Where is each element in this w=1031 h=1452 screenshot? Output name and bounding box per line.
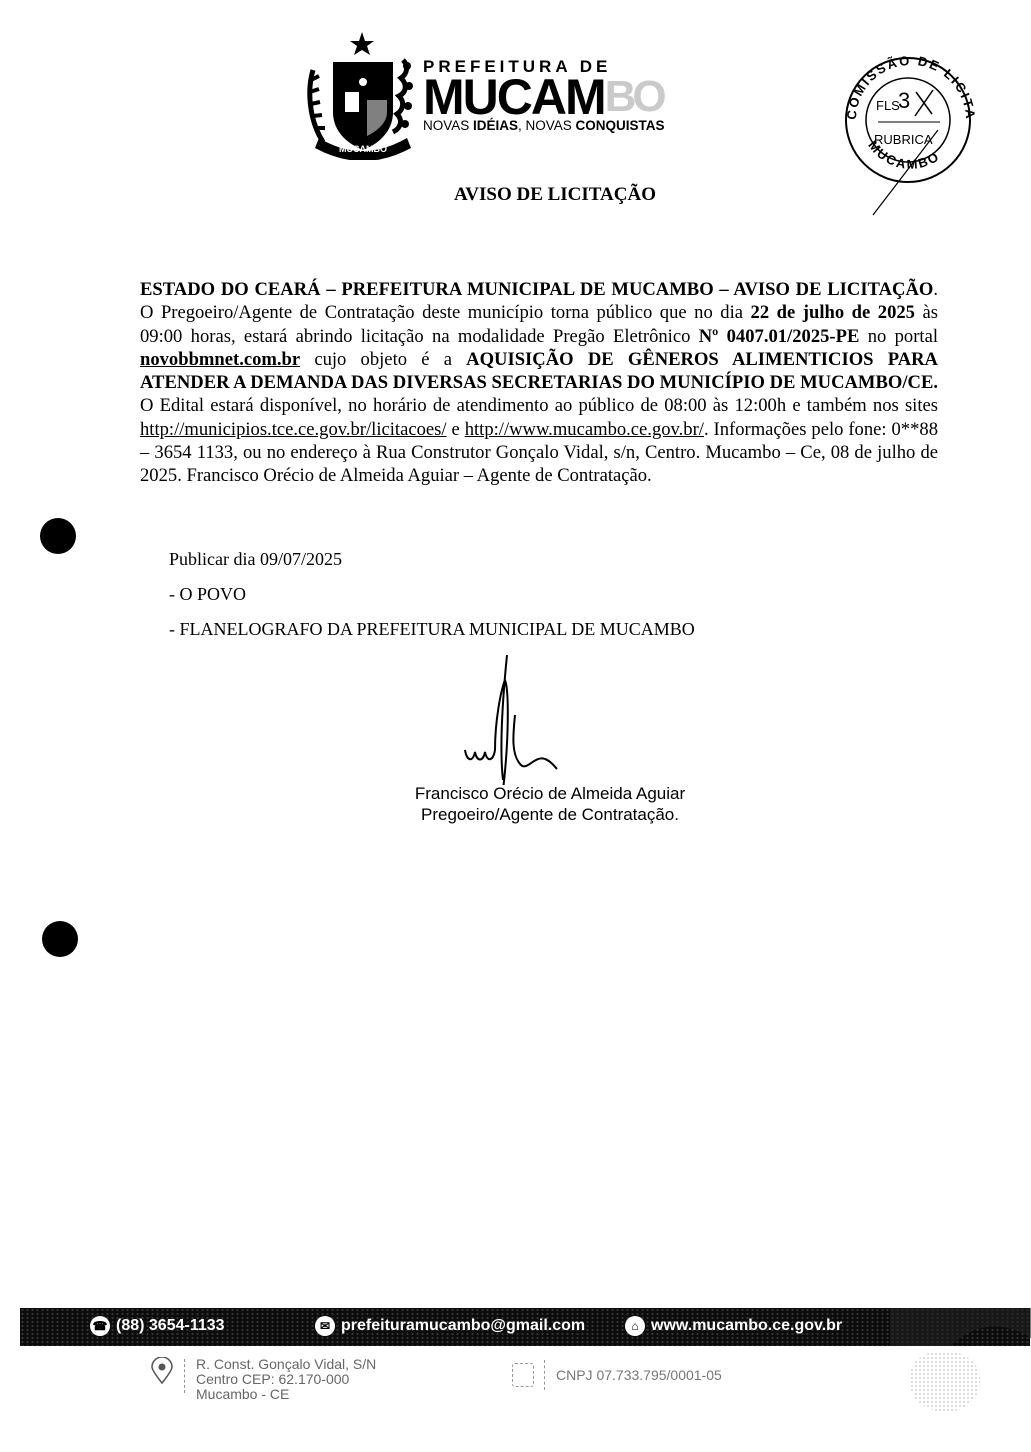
faded-seal-mark bbox=[910, 1352, 980, 1412]
portal-link[interactable]: novobbmnet.com.br bbox=[140, 349, 300, 370]
municipal-crest-icon: MUCAMBO bbox=[305, 30, 420, 160]
publication-date: Publicar dia 09/07/2025 bbox=[169, 542, 695, 577]
svg-text:FLS: FLS bbox=[876, 98, 900, 113]
signatory-role: Pregoeiro/Agente de Contratação. bbox=[350, 804, 750, 825]
publication-outlet: - FLANELOGRAFO DA PREFEITURA MUNICIPAL D… bbox=[169, 612, 695, 647]
logo-mucam: MUCAM bbox=[423, 76, 605, 118]
publication-list: Publicar dia 09/07/2025 - O POVO - FLANE… bbox=[169, 542, 695, 647]
footer-phone: ☎(88) 3654-1133 bbox=[90, 1316, 225, 1336]
notice-body: ESTADO DO CEARÁ – PREFEITURA MUNICIPAL D… bbox=[140, 278, 938, 488]
logo-bo: BO bbox=[605, 76, 663, 118]
home-icon: ⌂ bbox=[625, 1316, 645, 1336]
divider bbox=[184, 1359, 186, 1393]
document-title: AVISO DE LICITAÇÃO bbox=[0, 184, 1031, 206]
prefeitura-logo: PREFEITURA DE MUCAMBO NOVAS IDÉIAS, NOVA… bbox=[423, 58, 713, 134]
punch-hole bbox=[42, 921, 78, 957]
signature-block: Francisco Orécio de Almeida Aguiar Prego… bbox=[350, 783, 750, 825]
footer-website[interactable]: ⌂www.mucambo.ce.gov.br bbox=[625, 1316, 842, 1336]
logo-line-2: MUCAMBO bbox=[423, 76, 713, 118]
footer-cnpj: CNPJ 07.733.795/0001-05 bbox=[512, 1360, 722, 1390]
logo-tagline: NOVAS IDÉIAS, NOVAS CONQUISTAS bbox=[423, 118, 713, 134]
publication-outlet: - O POVO bbox=[169, 577, 695, 612]
mucambo-link[interactable]: http://www.mucambo.ce.gov.br/ bbox=[465, 419, 704, 440]
phone-icon: ☎ bbox=[90, 1316, 110, 1336]
punch-hole bbox=[40, 518, 76, 554]
map-pin-icon bbox=[150, 1357, 174, 1385]
footer-contact-bar: ☎(88) 3654-1133 ✉prefeituramucambo@gmail… bbox=[20, 1308, 1030, 1346]
document-icon bbox=[512, 1363, 534, 1387]
svg-text:3: 3 bbox=[898, 88, 910, 113]
divider bbox=[544, 1360, 546, 1390]
signature bbox=[455, 655, 585, 785]
email-icon: ✉ bbox=[315, 1316, 335, 1336]
svg-text:RUBRICA: RUBRICA bbox=[874, 132, 933, 147]
footer-address: R. Const. Gonçalo Vidal, S/N Centro CEP:… bbox=[150, 1357, 376, 1402]
tce-link[interactable]: http://municipios.tce.ce.gov.br/licitaco… bbox=[140, 419, 447, 440]
signatory-name: Francisco Orécio de Almeida Aguiar bbox=[350, 783, 750, 804]
footer-email[interactable]: ✉prefeituramucambo@gmail.com bbox=[315, 1316, 585, 1336]
svg-text:MUCAMBO: MUCAMBO bbox=[339, 144, 387, 154]
footer-wave-decoration bbox=[890, 1300, 1031, 1360]
